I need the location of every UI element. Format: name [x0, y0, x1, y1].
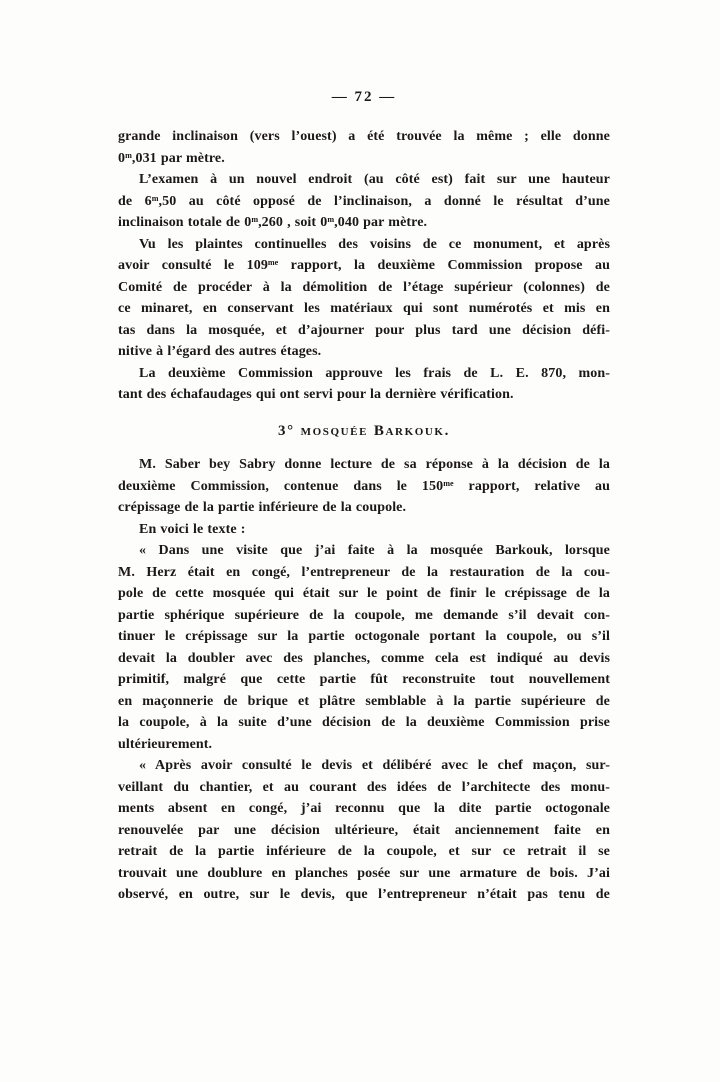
text-line: ce minaret, en conservant les matériaux … — [118, 298, 610, 320]
text-line: ments absent en congé, j’ai reconnu que … — [118, 798, 610, 820]
text-line: retrait de la partie inférieure de la co… — [118, 841, 610, 863]
text-line: M. Saber bey Sabry donne lecture de sa r… — [118, 454, 610, 476]
text-line: trouvait une doublure en planches posée … — [118, 863, 610, 885]
paragraph: « Après avoir consulté le devis et délib… — [118, 755, 610, 906]
text-line: « Dans une visite que j’ai faite à la mo… — [118, 540, 610, 562]
text-line: tas dans la mosquée, et d’ajourner pour … — [118, 320, 610, 342]
page-sheet: — 72 — grande inclinaison (vers l’ouest)… — [0, 0, 720, 1082]
paragraph: M. Saber bey Sabry donne lecture de sa r… — [118, 454, 610, 519]
text-line: avoir consulté le 109me rapport, la deux… — [118, 255, 610, 277]
text-line: veillant du chantier, et au courant des … — [118, 777, 610, 799]
text-line: la coupole, à la suite d’une décision de… — [118, 712, 610, 734]
text-line: Vu les plaintes continuelles des voisins… — [118, 234, 610, 256]
paragraph: L’examen à un nouvel endroit (au côté es… — [118, 169, 610, 234]
section-heading: 3° mosquée Barkouk. — [118, 421, 610, 443]
text-line: tant des échafaudages qui ont servi pour… — [118, 384, 610, 406]
folio-number: — 72 — — [118, 86, 610, 108]
paragraph: En voici le texte : — [118, 519, 610, 541]
text-line: devait la doubler avec des planches, com… — [118, 648, 610, 670]
text-line: ultérieurement. — [118, 734, 610, 756]
text-line: 0m,031 par mètre. — [118, 148, 610, 170]
text-line: M. Herz était en congé, l’entrepreneur d… — [118, 562, 610, 584]
text-line: « Après avoir consulté le devis et délib… — [118, 755, 610, 777]
text-line: nitive à l’égard des autres étages. — [118, 341, 610, 363]
text-line: de 6m,50 au côté opposé de l’inclinaison… — [118, 191, 610, 213]
text-line: pole de cette mosquée qui était sur le p… — [118, 583, 610, 605]
paragraph: « Dans une visite que j’ai faite à la mo… — [118, 540, 610, 755]
text-line: grande inclinaison (vers l’ouest) a été … — [118, 126, 610, 148]
page-body: grande inclinaison (vers l’ouest) a été … — [118, 126, 610, 906]
text-line: renouvelée par une décision ultérieure, … — [118, 820, 610, 842]
text-line: inclinaison totale de 0m,260 , soit 0m,0… — [118, 212, 610, 234]
paragraph: La deuxième Commission approuve les frai… — [118, 363, 610, 406]
text-line: primitif, malgré que cette partie fût re… — [118, 669, 610, 691]
paragraph: grande inclinaison (vers l’ouest) a été … — [118, 126, 610, 169]
text-line: crépissage de la partie inférieure de la… — [118, 497, 610, 519]
text-line: en maçonnerie de brique et plâtre sembla… — [118, 691, 610, 713]
text-line: Comité de procéder à la démolition de l’… — [118, 277, 610, 299]
text-line: partie sphérique supérieure de la coupol… — [118, 605, 610, 627]
text-line: La deuxième Commission approuve les frai… — [118, 363, 610, 385]
text-line: observé, en outre, sur le devis, que l’e… — [118, 884, 610, 906]
text-line: tinuer le crépissage sur la partie octog… — [118, 626, 610, 648]
text-line: L’examen à un nouvel endroit (au côté es… — [118, 169, 610, 191]
text-line: En voici le texte : — [118, 519, 610, 541]
paragraph: Vu les plaintes continuelles des voisins… — [118, 234, 610, 363]
text-line: deuxième Commission, contenue dans le 15… — [118, 476, 610, 498]
